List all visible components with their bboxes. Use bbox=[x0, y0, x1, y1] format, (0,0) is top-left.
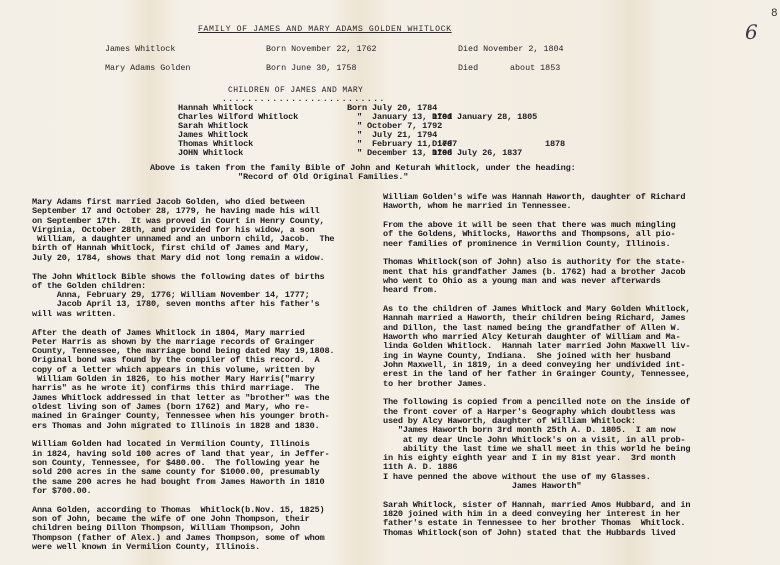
paragraph: Anna Golden, according to Thomas Whitloc… bbox=[32, 506, 412, 552]
parent-born: Born November 22, 1762 bbox=[266, 44, 377, 54]
paragraph: Mary Adams first married Jacob Golden, w… bbox=[32, 198, 412, 263]
text-line: heard from. bbox=[383, 286, 763, 295]
paragraph: William Golden's wife was Hannah Haworth… bbox=[383, 193, 763, 212]
text-line: who went to Ohio as a young man and was … bbox=[383, 277, 763, 286]
source-note-heading: "Record of Old Original Families." bbox=[238, 173, 408, 182]
text-line: ers Thomas and John migrated to Illinois… bbox=[32, 422, 412, 431]
page-number: 6 bbox=[745, 20, 758, 44]
paragraph: Thomas Whitlock(son of John) also is aut… bbox=[383, 258, 763, 295]
paragraph: After the death of James Whitlock in 180… bbox=[32, 329, 412, 431]
parent-died: Died November 2, 1804 bbox=[458, 44, 564, 54]
text-line: Haworth, whom he married in Tennessee. bbox=[383, 202, 763, 211]
text-line: neer families of prominence in Vermilion… bbox=[383, 240, 763, 249]
paragraph: From the above it will be seen that ther… bbox=[383, 221, 763, 249]
margin-mark: 8 bbox=[771, 8, 778, 20]
text-line: to her brother James. bbox=[383, 380, 763, 389]
paragraph: Sarah Whitlock, sister of Hannah, marrie… bbox=[383, 501, 763, 538]
child-name: JOHN Whitlock bbox=[178, 149, 243, 158]
children-heading: CHILDREN OF JAMES AND MARY bbox=[228, 86, 363, 95]
child-died: Died July 26, 1837 bbox=[432, 149, 522, 158]
text-line: July 20, 1784, shows that Mary did not l… bbox=[32, 254, 412, 263]
child-died-year: 1878 bbox=[545, 140, 565, 149]
paragraph: As to the children of James Whitlock and… bbox=[383, 305, 763, 389]
child-died: Died January 28, 1805 bbox=[432, 113, 537, 122]
parent-name: Mary Adams Golden bbox=[105, 63, 190, 73]
document-title: FAMILY OF JAMES AND MARY ADAMS GOLDEN WH… bbox=[198, 25, 452, 34]
paragraph: The following is copied from a pencilled… bbox=[383, 398, 763, 491]
paragraph: William Golden had located in Vermilion … bbox=[32, 440, 412, 496]
parent-died: Died bbox=[458, 63, 478, 73]
parent-name: James Whitlock bbox=[105, 44, 175, 54]
text-line: Thomas Whitlock(son of John) stated that… bbox=[383, 529, 763, 538]
text-line: James Haworth" bbox=[383, 482, 763, 491]
document-page: FAMILY OF JAMES AND MARY ADAMS GOLDEN WH… bbox=[0, 0, 780, 565]
right-column: William Golden's wife was Hannah Haworth… bbox=[383, 193, 763, 548]
left-column: Mary Adams first married Jacob Golden, w… bbox=[32, 198, 412, 562]
text-line: for $700.00. bbox=[32, 487, 412, 496]
text-line: were well known in Vermilion County, Ill… bbox=[32, 543, 412, 552]
parent-born: Born June 30, 1758 bbox=[266, 63, 356, 73]
paragraph: The John Whitlock Bible shows the follow… bbox=[32, 273, 412, 319]
parent-died-value: about 1853 bbox=[510, 63, 560, 73]
text-line: will was written. bbox=[32, 310, 412, 319]
